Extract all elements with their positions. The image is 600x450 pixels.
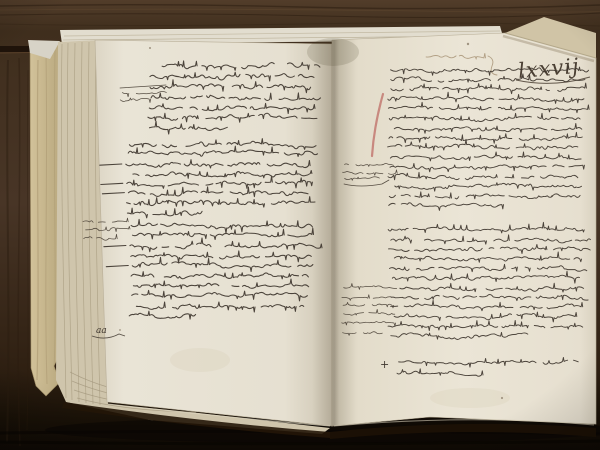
manuscript-scene-canvas: aa lxxvij + <box>0 0 600 450</box>
manuscript-photograph: aa lxxvij + <box>0 0 600 450</box>
photo-vignette <box>0 0 600 450</box>
